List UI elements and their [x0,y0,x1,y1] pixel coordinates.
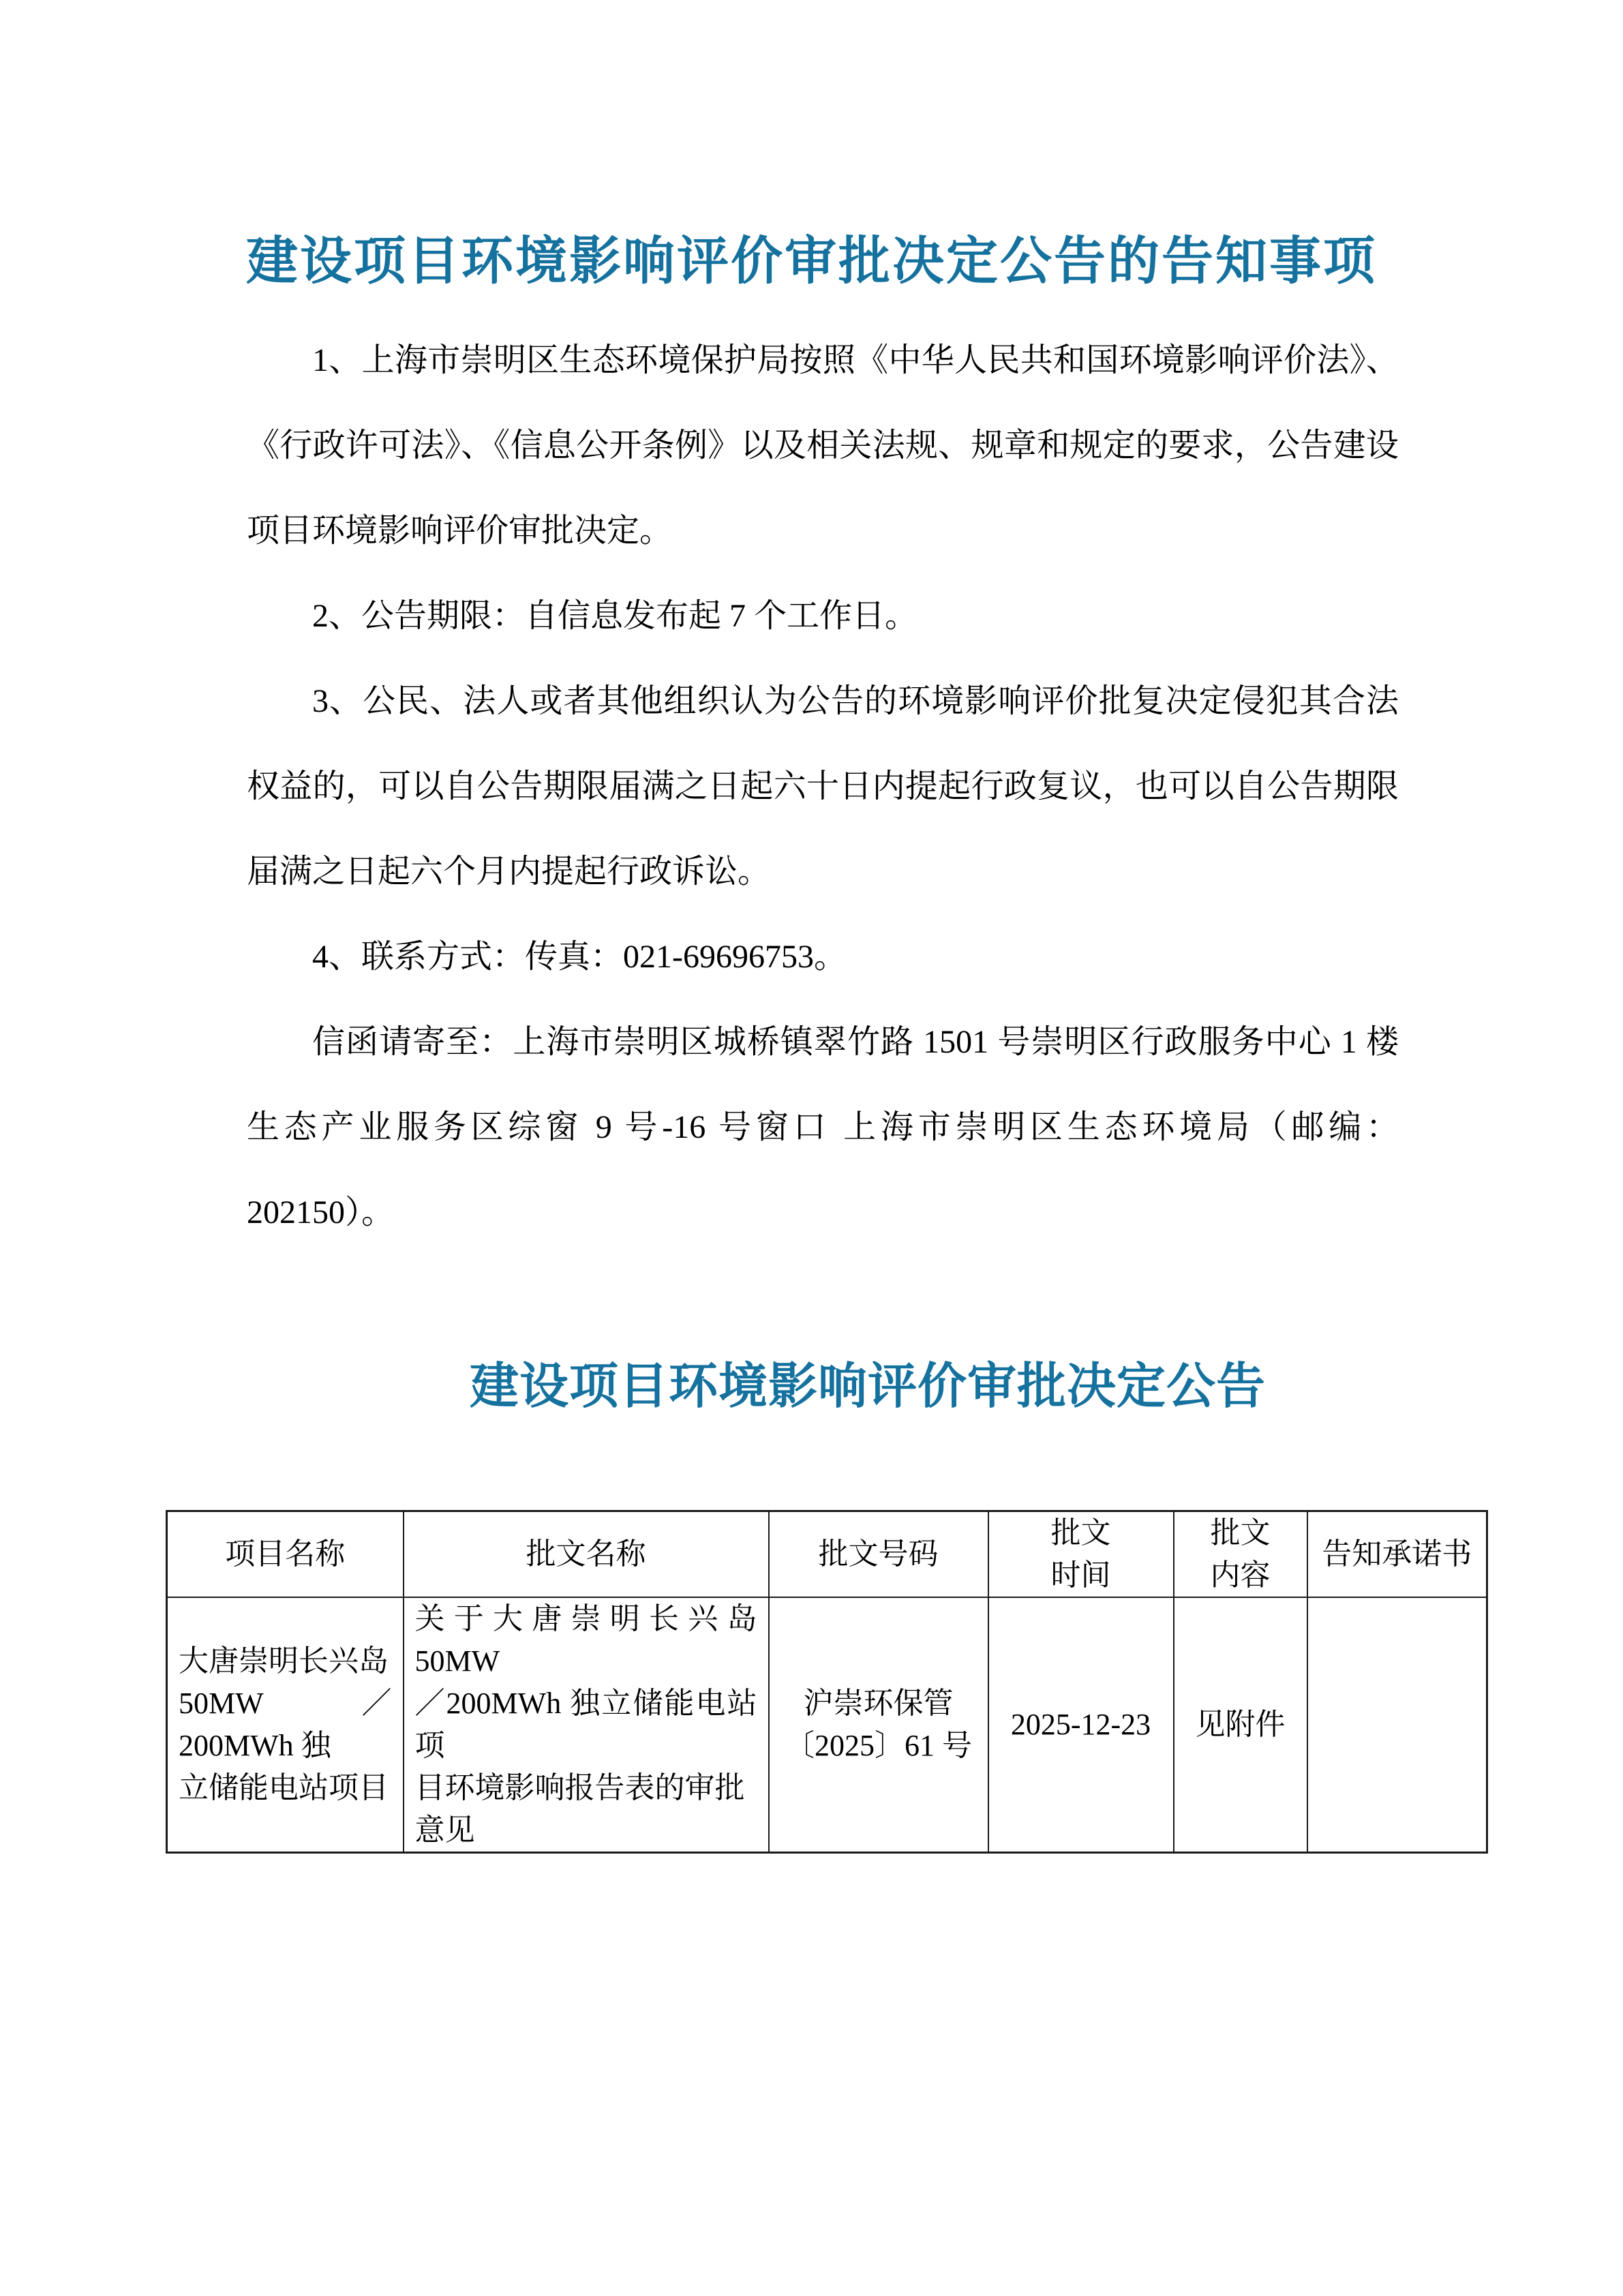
header-approval-content: 批文 内容 [1174,1511,1307,1598]
cell-project-name: 大唐崇明长兴岛 50MW／200MWh 独 立储能电站项目 [167,1597,404,1853]
cell-commitment-letter [1307,1597,1487,1853]
header-approval-name: 批文名称 [404,1511,769,1598]
cell-approval-name: 关于大唐崇明长兴岛 50MW ／200MWh 独立储能电站项 目环境影响报告表的… [404,1597,769,1853]
table-row: 大唐崇明长兴岛 50MW／200MWh 独 立储能电站项目 关于大唐崇明长兴岛 … [167,1597,1487,1853]
notice-paragraph-1: 1、上海市崇明区生态环境保护局按照《中华人民共和国环境影响评价法》、《行政许可法… [247,318,1399,573]
header-project-name: 项目名称 [167,1511,404,1598]
notice-body: 1、上海市崇明区生态环境保护局按照《中华人民共和国环境影响评价法》、《行政许可法… [247,318,1399,1255]
approval-decision-table: 项目名称 批文名称 批文号码 批文 时间 批文 内容 告知承诺书 大唐崇明长兴岛… [166,1510,1488,1854]
page-title: 建设项目环境影响评价审批决定公告的告知事项 [0,0,1623,290]
header-approval-number: 批文号码 [769,1511,988,1598]
table-header-row: 项目名称 批文名称 批文号码 批文 时间 批文 内容 告知承诺书 [167,1511,1487,1598]
document-page: 建设项目环境影响评价审批决定公告的告知事项 1、上海市崇明区生态环境保护局按照《… [0,0,1623,2296]
cell-approval-content: 见附件 [1174,1597,1307,1853]
header-commitment-letter: 告知承诺书 [1307,1511,1487,1598]
cell-approval-number: 沪崇环保管 〔2025〕61 号 [769,1597,988,1853]
notice-paragraph-2: 2、公告期限：自信息发布起 7 个工作日。 [247,573,1399,659]
notice-paragraph-3: 3、公民、法人或者其他组织认为公告的环境影响评价批复决定侵犯其合法权益的，可以自… [247,659,1399,914]
header-approval-date: 批文 时间 [988,1511,1174,1598]
cell-approval-date: 2025-12-23 [988,1597,1174,1853]
notice-paragraph-mailing-address: 信函请寄至：上海市崇明区城桥镇翠竹路 1501 号崇明区行政服务中心 1 楼生态… [247,999,1399,1255]
notice-paragraph-4: 4、联系方式：传真：021-69696753。 [247,914,1399,999]
announcement-title: 建设项目环境影响评价审批决定公告 [0,1255,1623,1415]
